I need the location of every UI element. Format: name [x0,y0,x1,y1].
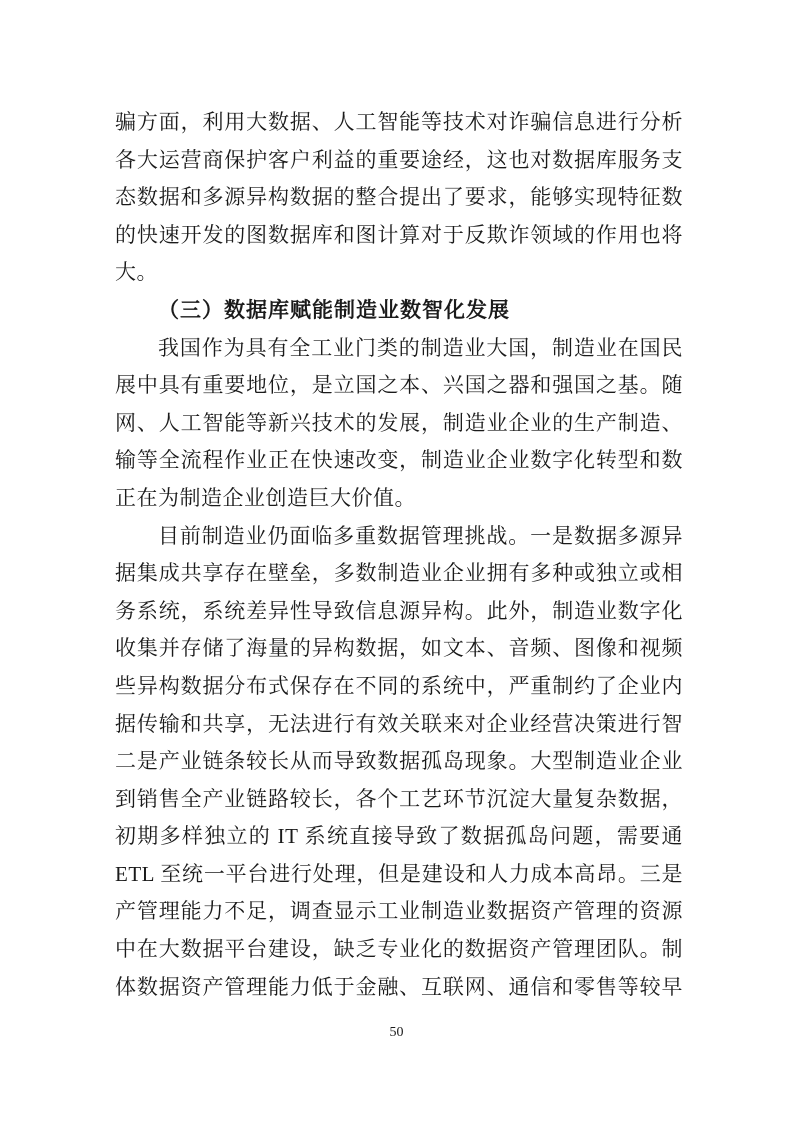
text-line: 二是产业链条较长从而导致数据孤岛现象。大型制造业企业从研发 [115,743,683,781]
text-line: 展中具有重要地位，是立国之本、兴国之器和强国之基。随着物联 [115,367,683,405]
document-body: 骗方面，利用大数据、人工智能等技术对诈骗信息进行分析预警是各大运营商保护客户利益… [115,104,683,1006]
text-line: 收集并存储了海量的异构数据，如文本、音频、图像和视频等。这 [115,630,683,668]
text-line: 正在为制造企业创造巨大价值。 [115,480,683,518]
text-line: 我国作为具有全工业门类的制造业大国，制造业在国民经济发 [115,330,683,368]
paragraph-anti-fraud-continuation: 骗方面，利用大数据、人工智能等技术对诈骗信息进行分析预警是各大运营商保护客户利益… [115,104,683,292]
text-line: ETL 至统一平台进行处理，但是建设和人力成本高昂。三是数据资 [115,856,683,894]
text-line: 网、人工智能等新兴技术的发展，制造业企业的生产制造、存储运 [115,405,683,443]
text-line: 据传输和共享，无法进行有效关联来对企业经营决策进行智能辅助。 [115,706,683,744]
text-line: 些异构数据分布式保存在不同的系统中，严重制约了企业内部的数 [115,668,683,706]
text-line: 据集成共享存在壁垒，多数制造业企业拥有多种或独立或相关的业 [115,555,683,593]
section-heading-3: （三）数据库赋能制造业数智化发展 [115,292,683,330]
page-footer: 50 [0,1024,793,1042]
document-page: 骗方面，利用大数据、人工智能等技术对诈骗信息进行分析预警是各大运营商保护客户利益… [0,0,793,1122]
paragraph-data-management-challenges: 目前制造业仍面临多重数据管理挑战。一是数据多源异构让数据集成共享存在壁垒，多数制… [115,518,683,1007]
text-line: 初期多样独立的 IT 系统直接导致了数据孤岛问题，需要通过大量 [115,818,683,856]
text-line: 中在大数据平台建设，缺乏专业化的数据资产管理团队。制造业整 [115,931,683,969]
text-line: 骗方面，利用大数据、人工智能等技术对诈骗信息进行分析预警是 [115,104,683,142]
text-line: 目前制造业仍面临多重数据管理挑战。一是数据多源异构让数 [115,518,683,556]
page-number: 50 [390,1025,404,1040]
text-line: 输等全流程作业正在快速改变，制造业企业数字化转型和数据治理 [115,442,683,480]
text-line: 体数据资产管理能力低于金融、互联网、通信和零售等较早数字化 [115,969,683,1007]
text-line: 到销售全产业链路较长，各个工艺环节沉淀大量复杂数据，信息化 [115,781,683,819]
text-line: 产管理能力不足，调查显示工业制造业数据资产管理的资源投入集 [115,893,683,931]
text-line: 态数据和多源异构数据的整合提出了要求，能够实现特征数据资产 [115,179,683,217]
paragraph-manufacturing-overview: 我国作为具有全工业门类的制造业大国，制造业在国民经济发展中具有重要地位，是立国之… [115,330,683,518]
text-line: 务系统，系统差异性导致信息源异构。此外，制造业数字化进程中 [115,593,683,631]
text-line: 的快速开发的图数据库和图计算对于反欺诈领域的作用也将越来越 [115,217,683,255]
text-line: 大。 [115,254,683,292]
text-line: 各大运营商保护客户利益的重要途经，这也对数据库服务支持多模 [115,142,683,180]
